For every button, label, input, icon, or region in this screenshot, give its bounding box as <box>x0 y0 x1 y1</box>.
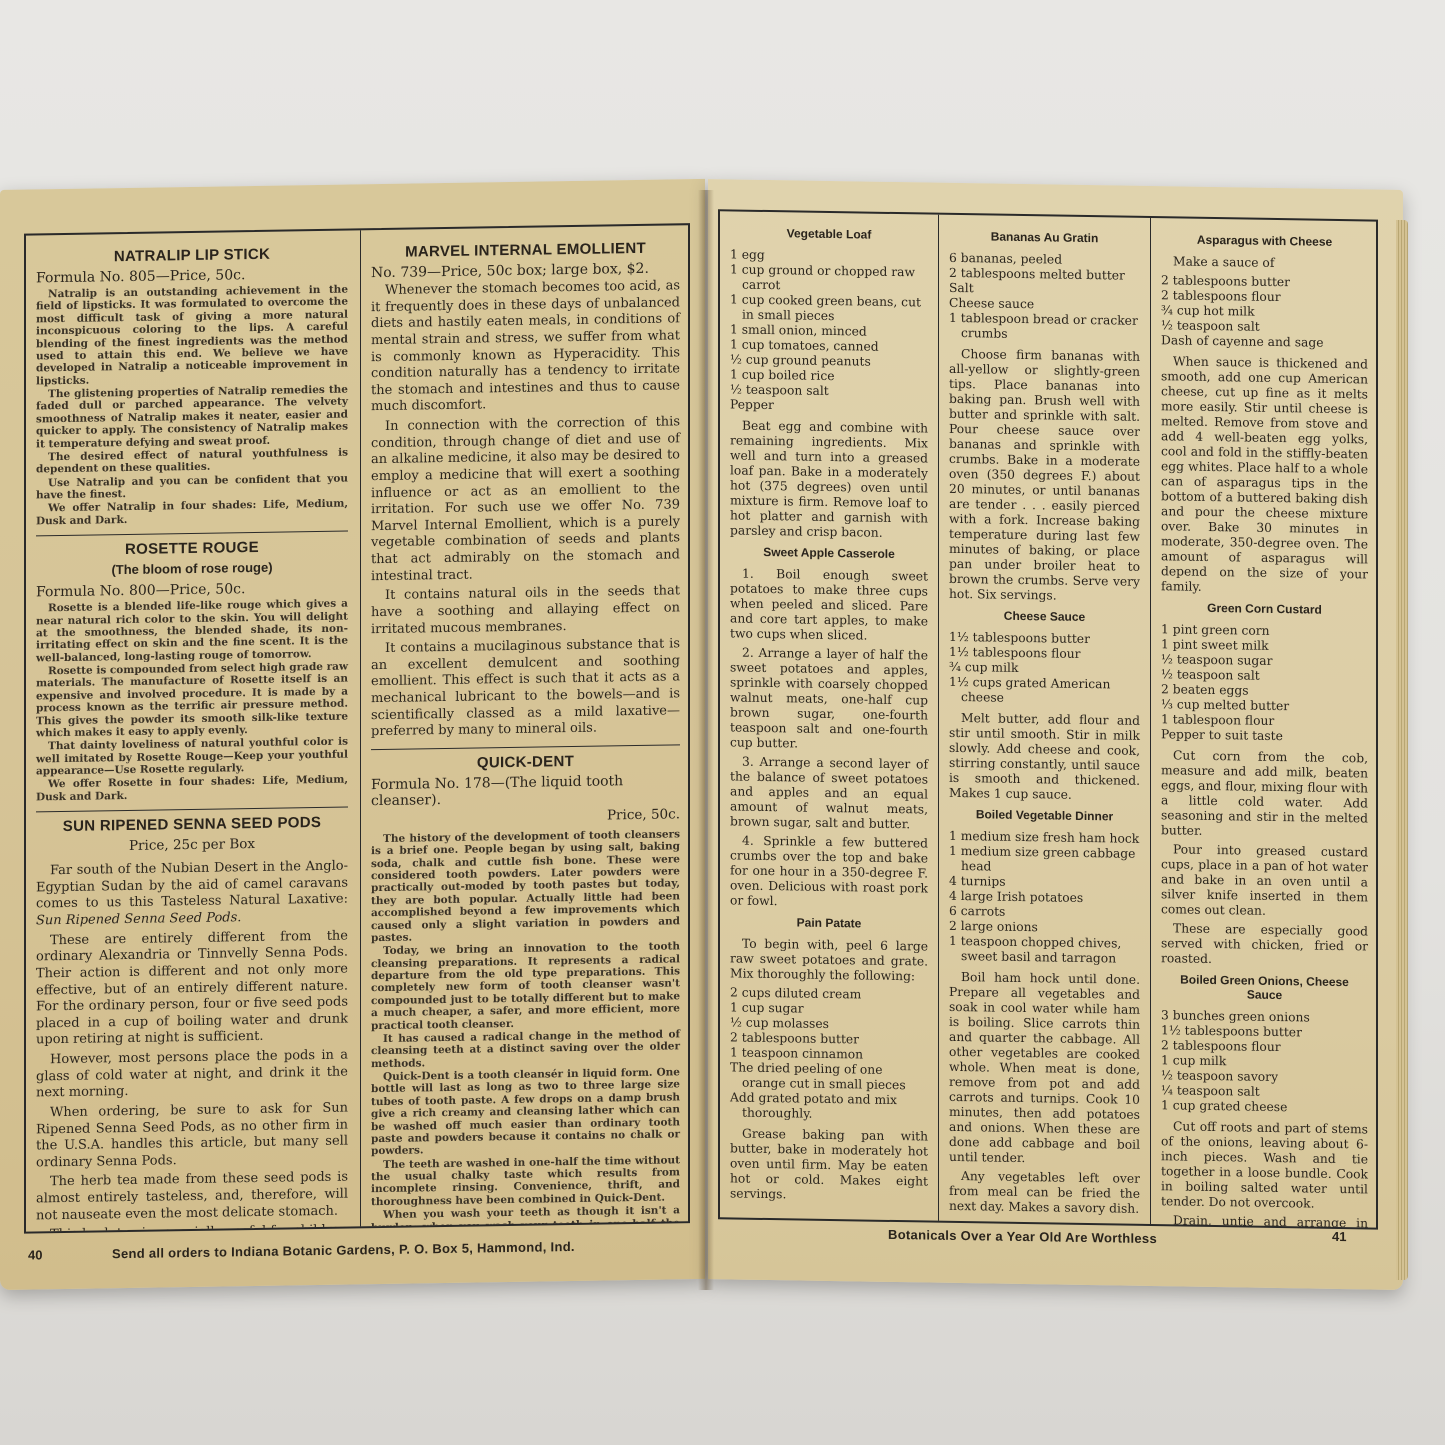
ingredient-item: 1 cup grated cheese <box>1161 1098 1368 1116</box>
recipe-boiled-vegetable-dinner: Boiled Vegetable Dinner 1 medium size fr… <box>949 807 1140 1217</box>
left-column-1: NATRALIP LIP STICK Formula No. 805—Price… <box>26 230 358 1231</box>
page-40-frame: NATRALIP LIP STICK Formula No. 805—Price… <box>24 223 690 1233</box>
right-column-2: Bananas Au Gratin 6 bananas, peeled 2 ta… <box>938 215 1150 1224</box>
quickdent-title: QUICK-DENT <box>371 751 680 773</box>
open-booklet: NATRALIP LIP STICK Formula No. 805—Price… <box>0 180 1410 1300</box>
quickdent-section: QUICK-DENT Formula No. 178—(The liquid t… <box>371 751 680 1226</box>
recipe-directions: Cut off roots and part of stems of the o… <box>1161 1119 1368 1212</box>
recipe-bananas-au-gratin: Bananas Au Gratin 6 bananas, peeled 2 ta… <box>949 229 1140 605</box>
recipe-directions: Cut corn from the cob, measure and add m… <box>1161 748 1368 841</box>
ingredient-list: 1 medium size fresh ham hock 1 medium si… <box>949 829 1140 967</box>
recipe-title: Vegetable Loaf <box>730 225 928 242</box>
ingredient-item: The dried peeling of one orange cut in s… <box>730 1060 928 1093</box>
natralip-paragraph: We offer Natralip in four shades: Life, … <box>36 498 348 528</box>
senna-section: SUN RIPENED SENNA SEED PODS Price, 25c p… <box>36 814 348 1232</box>
natralip-paragraph: The glistening properties of Natralip re… <box>36 384 348 451</box>
senna-paragraph: The herb tea made from these seed pods i… <box>36 1170 348 1225</box>
quickdent-formula: Formula No. 178—(The liquid tooth cleans… <box>371 772 680 809</box>
senna-title: SUN RIPENED SENNA SEED PODS <box>36 814 348 836</box>
recipe-directions: Drain, untie and arrange in orderly bund… <box>1161 1213 1368 1227</box>
senna-intro-italic: Sun Ripened Senna Seed Pods. <box>36 910 241 928</box>
recipe-step: 4. Sprinkle a few buttered crumbs over t… <box>730 833 928 911</box>
rosette-paragraph: We offer Rosette in four shades: Life, M… <box>36 774 348 804</box>
page-number-left: 40 <box>28 1247 42 1262</box>
senna-paragraph: These are entirely different from the or… <box>36 928 348 1049</box>
recipe-directions: These are especially good served with ch… <box>1161 921 1368 969</box>
ingredient-item: 2 tablespoons melted butter <box>949 266 1140 284</box>
ingredient-list: 2 tablespoons butter 2 tablespoons flour… <box>1161 273 1368 351</box>
recipe-boiled-green-onions: Boiled Green Onions, Cheese Sauce 3 bunc… <box>1161 972 1368 1227</box>
senna-price: Price, 25c per Box <box>36 835 348 856</box>
marvel-paragraph: It contains a mucilaginous substance tha… <box>371 636 680 741</box>
rosette-subtitle: (The bloom of rose rouge) <box>36 559 348 579</box>
recipe-vegetable-loaf: Vegetable Loaf 1 egg 1 cup ground or cho… <box>730 225 928 541</box>
footer-right: Botanicals Over a Year Old Are Worthless <box>888 1227 1157 1246</box>
rosette-paragraph: That dainty loveliness of natural youthf… <box>36 736 348 778</box>
right-column-1: Vegetable Loaf 1 egg 1 cup ground or cho… <box>720 211 938 1220</box>
rosette-title: ROSETTE ROUGE <box>36 538 348 560</box>
recipe-title: Sweet Apple Casserole <box>730 544 928 561</box>
left-column-2: MARVEL INTERNAL EMOLLIENT No. 739—Price,… <box>360 225 690 1226</box>
ingredient-list: 6 bananas, peeled 2 tablespoons melted b… <box>949 251 1140 344</box>
recipe-directions: When sauce is thickened and smooth, add … <box>1161 354 1368 597</box>
natralip-title: NATRALIP LIP STICK <box>36 245 348 267</box>
recipe-directions: Pour into greased custard cups, place in… <box>1161 842 1368 920</box>
senna-paragraph: When ordering, be sure to ask for Sun Ri… <box>36 1100 348 1171</box>
page-edges <box>1396 220 1408 1280</box>
marvel-paragraph: Whenever the stomach becomes too acid, a… <box>371 278 680 416</box>
quickdent-paragraph: The history of the development of tooth … <box>371 828 680 944</box>
senna-paragraph: However, most persons place the pods in … <box>36 1048 348 1103</box>
recipe-pain-patate: Pain Patate To begin with, peel 6 large … <box>730 914 928 1204</box>
recipe-step: 2. Arrange a layer of half the sweet pot… <box>730 645 928 753</box>
marvel-paragraph: It contains natural oils in the seeds th… <box>371 584 680 639</box>
recipe-intro: To begin with, peel 6 large raw sweet po… <box>730 936 928 984</box>
marvel-paragraph: In connection with the correction of thi… <box>371 414 680 585</box>
recipe-intro: Make a sauce of <box>1161 254 1368 272</box>
ingredient-list: 1 pint green corn 1 pint sweet milk ½ te… <box>1161 622 1368 745</box>
recipe-title: Pain Patate <box>730 914 928 931</box>
recipe-directions: Any vegetables left over from meal can b… <box>949 1169 1140 1217</box>
recipe-step: 1. Boil enough sweet potatoes to make th… <box>730 566 928 644</box>
recipe-sweet-apple-casserole: Sweet Apple Casserole 1. Boil enough swe… <box>730 544 928 911</box>
ingredient-list: 2 cups diluted cream 1 cup sugar ½ cup m… <box>730 985 928 1123</box>
ingredient-list: 1½ tablespoons butter 1½ tablespoons flo… <box>949 630 1140 708</box>
quickdent-paragraph: The teeth are washed in one-half the tim… <box>371 1154 680 1208</box>
page-40: NATRALIP LIP STICK Formula No. 805—Price… <box>0 179 705 1290</box>
section-divider <box>371 744 680 750</box>
rosette-section: ROSETTE ROUGE (The bloom of rose rouge) … <box>36 538 348 804</box>
recipe-title: Boiled Green Onions, Cheese Sauce <box>1161 972 1368 1003</box>
natralip-paragraph: Natralip is an outstanding achievement i… <box>36 284 348 388</box>
ingredient-item: Pepper to suit taste <box>1161 727 1368 745</box>
recipe-title: Bananas Au Gratin <box>949 229 1140 246</box>
ingredient-item: 1 cup cooked green beans, cut in small p… <box>730 292 928 325</box>
ingredient-item: 1 teaspoon chopped chives, sweet basil a… <box>949 934 1140 967</box>
footer-left: Send all orders to Indiana Botanic Garde… <box>112 1239 575 1261</box>
ingredient-item: 1 tablespoon bread or cracker crumbs <box>949 311 1140 344</box>
recipe-title: Boiled Vegetable Dinner <box>949 807 1140 824</box>
natralip-section: NATRALIP LIP STICK Formula No. 805—Price… <box>36 245 348 528</box>
recipe-title: Cheese Sauce <box>949 608 1140 625</box>
ingredient-item: 1 cup ground or chopped raw carrot <box>730 262 928 295</box>
ingredient-list: 1 egg 1 cup ground or chopped raw carrot… <box>730 247 928 415</box>
ingredient-item: 1 medium size green cabbage head <box>949 844 1140 877</box>
recipe-directions: Boil ham hock until done. Prepare all ve… <box>949 970 1140 1168</box>
page-number-right: 41 <box>1332 1229 1346 1244</box>
ingredient-item: Add grated potato and mix thoroughly. <box>730 1090 928 1123</box>
quickdent-paragraph: When you wash your teeth as though it is… <box>371 1204 680 1226</box>
senna-paragraph: This herb tea is especially useful for c… <box>36 1223 348 1232</box>
quickdent-paragraph: It has caused a radical change in the me… <box>371 1028 680 1070</box>
recipe-asparagus-with-cheese: Asparagus with Cheese Make a sauce of 2 … <box>1161 232 1368 597</box>
senna-intro: Far south of the Nubian Desert in the An… <box>36 859 348 930</box>
ingredient-item: Pepper <box>730 397 928 415</box>
ingredient-list: 3 bunches green onions 1½ tablespoons bu… <box>1161 1008 1368 1116</box>
rosette-paragraph: Rosette is compounded from select high g… <box>36 661 348 740</box>
quickdent-paragraph: Quick-Dent is a tooth cleansér in liquid… <box>371 1066 680 1157</box>
recipe-cheese-sauce: Cheese Sauce 1½ tablespoons butter 1½ ta… <box>949 608 1140 804</box>
page-41: Vegetable Loaf 1 egg 1 cup ground or cho… <box>708 179 1403 1290</box>
natralip-paragraph: Use Natralip and you can be confident th… <box>36 472 348 502</box>
book-spine-gutter <box>698 190 714 1290</box>
section-divider <box>36 807 348 813</box>
ingredient-item: 1½ cups grated American cheese <box>949 675 1140 708</box>
recipe-title: Green Corn Custard <box>1161 600 1368 617</box>
recipe-directions: Choose firm bananas with all-yellow or s… <box>949 347 1140 605</box>
section-divider <box>36 531 348 537</box>
page-41-frame: Vegetable Loaf 1 egg 1 cup ground or cho… <box>718 209 1378 1229</box>
recipe-step: 3. Arrange a second layer of the balance… <box>730 754 928 832</box>
marvel-section: MARVEL INTERNAL EMOLLIENT No. 739—Price,… <box>371 239 680 741</box>
right-column-3: Asparagus with Cheese Make a sauce of 2 … <box>1150 218 1378 1228</box>
marvel-title: MARVEL INTERNAL EMOLLIENT <box>371 239 680 261</box>
recipe-green-corn-custard: Green Corn Custard 1 pint green corn 1 p… <box>1161 600 1368 969</box>
recipe-directions: Melt butter, add flour and stir until sm… <box>949 711 1140 804</box>
rosette-paragraph: Rosette is a blended life-like rouge whi… <box>36 598 348 665</box>
recipe-directions: Grease baking pan with butter, bake in m… <box>730 1126 928 1204</box>
recipe-title: Asparagus with Cheese <box>1161 232 1368 249</box>
quickdent-price: Price, 50c. <box>371 806 680 827</box>
natralip-paragraph: The desired effect of natural youthfulne… <box>36 446 348 476</box>
ingredient-item: Dash of cayenne and sage <box>1161 333 1368 351</box>
quickdent-paragraph: Today, we bring an innovation to the too… <box>371 941 680 1032</box>
recipe-directions: Beat egg and combine with remaining ingr… <box>730 418 928 541</box>
